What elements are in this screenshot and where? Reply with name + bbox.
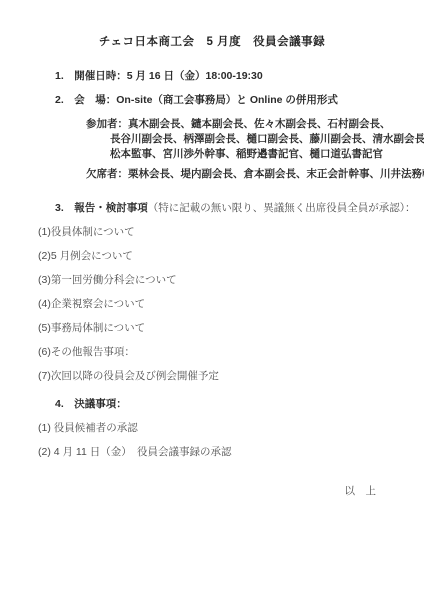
absentees-line: 欠席者：栗林会長、堤内副会長、倉本副会長、末正会計幹事、川井法務幹事 (86, 168, 424, 181)
closing-mark: 以 上 (0, 485, 424, 498)
resolution-item-1: (1) 役員候補者の承認 (38, 422, 138, 435)
report-item-5: (5)事務局体制について (38, 322, 145, 335)
resolution-item-2: (2) 4 月 11 日（金） 役員会議事録の承認 (38, 446, 232, 459)
meeting-datetime-line: 1. 開催日時：5 月 16 日（金）18:00-19:30 (55, 70, 263, 83)
report-item-4: (4)企業視察会について (38, 298, 145, 311)
participants-line-1: 参加者：真木副会長、鑓本副会長、佐々木副会長、石村副会長、 (86, 118, 391, 131)
participants-line-3: 松本監事、宮川渉外幹事、稲野邉書記官、樋口道弘書記官 (110, 148, 383, 161)
report-item-1: (1)役員体制について (38, 226, 135, 239)
report-item-3: (3)第一回労働分科会について (38, 274, 177, 287)
section3-heading-line: 3. 報告・検討事項（特に記載の無い限り、異議無く出席役員全員が承認）： (55, 202, 416, 215)
report-item-6: (6)その他報告事項： (38, 346, 135, 359)
meeting-venue-line: 2. 会 場：On-site（商工会事務局）と Online の併用形式 (55, 94, 338, 107)
document-title: チェコ日本商工会 5 月度 役員会議事録 (0, 36, 424, 49)
section3-heading-note: （特に記載の無い限り、異議無く出席役員全員が承認）： (148, 202, 416, 214)
report-item-7: (7)次回以降の役員会及び例会開催予定 (38, 370, 219, 383)
section3-heading: 3. 報告・検討事項 (55, 202, 148, 214)
participants-line-2: 長谷川副会長、柄澤副会長、樋口副会長、藤川副会長、清水副会長、 (110, 133, 424, 146)
report-item-2: (2)5 月例会について (38, 250, 133, 263)
minutes-page: チェコ日本商工会 5 月度 役員会議事録 1. 開催日時：5 月 16 日（金）… (0, 0, 424, 600)
section4-heading: 4. 決議事項： (55, 398, 127, 411)
